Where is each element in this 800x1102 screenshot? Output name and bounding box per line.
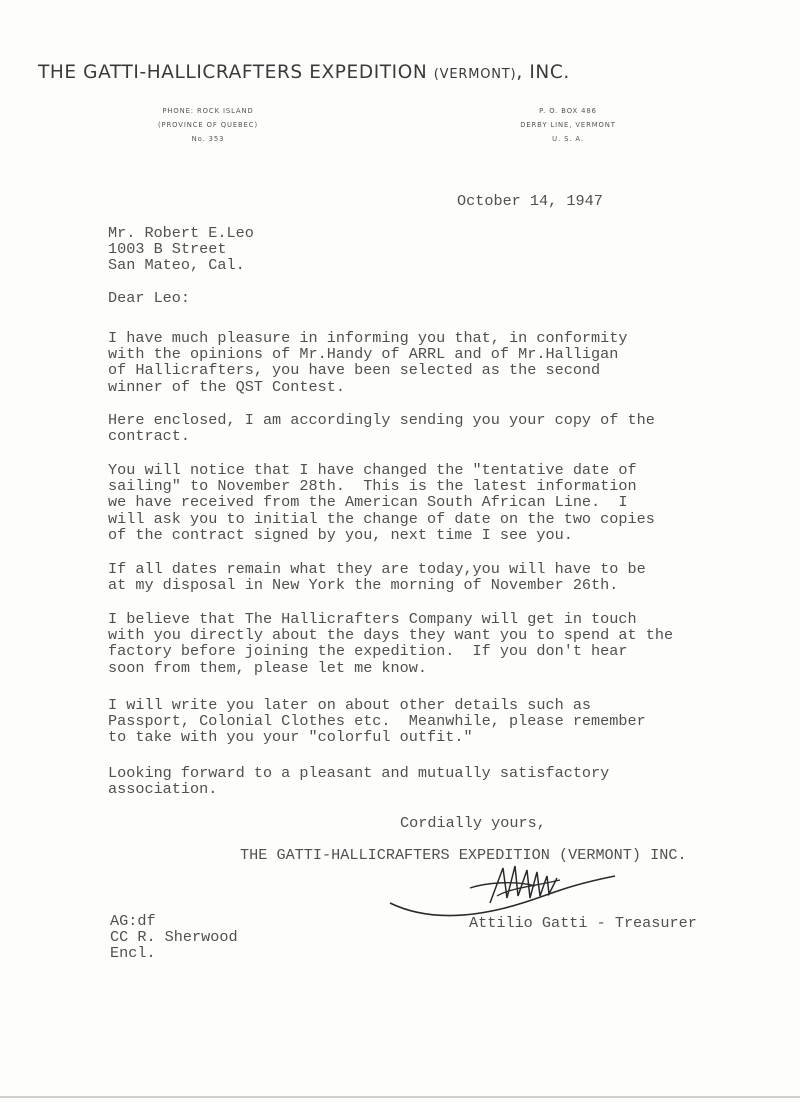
paragraph: Here enclosed, I am accordingly sending … bbox=[108, 412, 655, 444]
paragraph-line: with you directly about the days they wa… bbox=[108, 627, 673, 643]
letterhead-address-line: P. O. BOX 486 bbox=[468, 104, 668, 118]
letterhead-address-line: DERBY LINE, VERMONT bbox=[468, 118, 668, 132]
paragraph: If all dates remain what they are today,… bbox=[108, 561, 646, 593]
letterhead-title-state: (VERMONT) bbox=[434, 67, 517, 82]
paragraph-line: soon from them, please let me know. bbox=[108, 660, 673, 676]
paragraph-line: to take with you your "colorful outfit." bbox=[108, 729, 646, 745]
paragraph-line: sailing" to November 28th. This is the l… bbox=[108, 478, 655, 494]
paragraph-line: I believe that The Hallicrafters Company… bbox=[108, 611, 673, 627]
paragraph: You will notice that I have changed the … bbox=[108, 462, 655, 543]
letterhead-address-block: P. O. BOX 486 DERBY LINE, VERMONT U. S. … bbox=[468, 104, 668, 146]
page-bottom-edge bbox=[0, 1096, 800, 1098]
recipient-line: Mr. Robert E.Leo bbox=[108, 225, 254, 241]
paragraph-line: of Hallicrafters, you have been selected… bbox=[108, 362, 628, 378]
paragraph-line: Passport, Colonial Clothes etc. Meanwhil… bbox=[108, 713, 646, 729]
salutation: Dear Leo: bbox=[108, 290, 190, 306]
recipient-address: Mr. Robert E.Leo1003 B StreetSan Mateo, … bbox=[108, 225, 254, 274]
letterhead-phone-line: PHONE: ROCK ISLAND bbox=[108, 104, 308, 118]
paragraph-line: will ask you to initial the change of da… bbox=[108, 511, 655, 527]
paragraph-line: Here enclosed, I am accordingly sending … bbox=[108, 412, 655, 428]
letter-date: October 14, 1947 bbox=[457, 193, 603, 209]
signer-name-title: Attilio Gatti - Treasurer bbox=[469, 915, 697, 931]
closing: Cordially yours, bbox=[400, 815, 546, 831]
paragraph: I will write you later on about other de… bbox=[108, 697, 646, 746]
paragraph-line: factory before joining the expedition. I… bbox=[108, 643, 673, 659]
paragraph-line: contract. bbox=[108, 428, 655, 444]
letterhead-phone-line: (PROVINCE OF QUEBEC) bbox=[108, 118, 308, 132]
reference-line: CC R. Sherwood bbox=[110, 929, 238, 945]
letterhead-title: THE GATTI-HALLICRAFTERS EXPEDITION (VERM… bbox=[38, 62, 758, 83]
recipient-line: 1003 B Street bbox=[108, 241, 254, 257]
paragraph: I have much pleasure in informing you th… bbox=[108, 330, 628, 395]
paragraph-line: I have much pleasure in informing you th… bbox=[108, 330, 628, 346]
paragraph-line: I will write you later on about other de… bbox=[108, 697, 646, 713]
reference-line: Encl. bbox=[110, 945, 238, 961]
paragraph-line: If all dates remain what they are today,… bbox=[108, 561, 646, 577]
reference-line: AG:df bbox=[110, 913, 238, 929]
recipient-line: San Mateo, Cal. bbox=[108, 257, 254, 273]
letterhead-phone-line: No. 353 bbox=[108, 132, 308, 146]
paragraph: I believe that The Hallicrafters Company… bbox=[108, 611, 673, 676]
paragraph-line: association. bbox=[108, 781, 609, 797]
paragraph-line: Looking forward to a pleasant and mutual… bbox=[108, 765, 609, 781]
paragraph-line: of the contract signed by you, next time… bbox=[108, 527, 655, 543]
paragraph-line: You will notice that I have changed the … bbox=[108, 462, 655, 478]
letterhead-phone-block: PHONE: ROCK ISLAND (PROVINCE OF QUEBEC) … bbox=[108, 104, 308, 146]
paragraph-line: with the opinions of Mr.Handy of ARRL an… bbox=[108, 346, 628, 362]
paragraph-line: winner of the QST Contest. bbox=[108, 379, 628, 395]
letterhead-address-line: U. S. A. bbox=[468, 132, 668, 146]
letterhead-title-main: THE GATTI-HALLICRAFTERS EXPEDITION bbox=[38, 62, 434, 83]
paragraph-line: at my disposal in New York the morning o… bbox=[108, 577, 646, 593]
reference-initials: AG:dfCC R. SherwoodEncl. bbox=[110, 913, 238, 962]
letterhead-title-suffix: , INC. bbox=[516, 62, 569, 83]
paragraph-line: we have received from the American South… bbox=[108, 494, 655, 510]
paragraph: Looking forward to a pleasant and mutual… bbox=[108, 765, 609, 797]
